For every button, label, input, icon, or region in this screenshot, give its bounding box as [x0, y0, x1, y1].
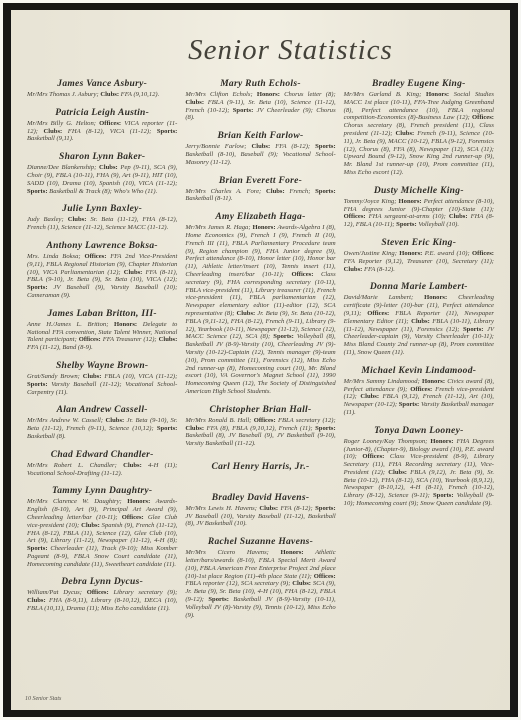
student-name: Debra Lynn Dycus-: [27, 577, 177, 588]
column-left: James Vance Asbury-Mr/Mrs Thomas J. Asbu…: [27, 79, 177, 622]
student-details: Mr/Mrs Sammy Lindamood; Honors: Civics a…: [344, 378, 494, 417]
student-entry: Patricia Leigh Austin-Mr/Mrs Billy G. He…: [27, 108, 177, 143]
student-details: Mr/Mrs Andrew W. Cassell; Clubs: Jr. Bet…: [27, 417, 177, 440]
student-details: Mr/Mrs Thomas J. Asbury; Clubs: FFA (9,1…: [27, 91, 177, 99]
student-name: Tammy Lynn Daughtry-: [27, 486, 177, 497]
student-entry: Michael Kevin Lindamood-Mr/Mrs Sammy Lin…: [344, 366, 494, 417]
page-number-footer: 10 Senior Stats: [25, 696, 61, 702]
student-details: Mr/Mrs Charles A. Fore; Clubs: French; S…: [185, 188, 335, 204]
student-details: William/Pat Dycus; Offices: Library secr…: [27, 589, 177, 612]
student-details: Anne H./James L. Britton; Honors: Delega…: [27, 321, 177, 352]
student-name: Amy Elizabeth Haga-: [185, 212, 335, 223]
student-entry: Carl Henry Harris, Jr.-: [185, 462, 335, 473]
student-name: Sharon Lynn Baker-: [27, 152, 177, 163]
student-entry: Steven Eric King-Owen/Justine King; Hono…: [344, 238, 494, 273]
student-details: Grat/Sandy Brown; Clubs: FBLA (10), VICA…: [27, 373, 177, 396]
student-entry: Tammy Lynn Daughtry-Mr/Mrs Clarence W. D…: [27, 486, 177, 568]
student-name: Brian Everett Fore-: [185, 176, 335, 187]
student-name: Rachel Suzanne Havens-: [185, 537, 335, 548]
student-name: James Vance Asbury-: [27, 79, 177, 90]
student-entry: Bradley Eugene King-Mr/Mrs Garland B. Ki…: [344, 79, 494, 177]
student-details: Mr/Mrs Garland B. King; Honors: Social S…: [344, 91, 494, 177]
student-name: Dusty Michelle King-: [344, 186, 494, 197]
student-name: Michael Kevin Lindamood-: [344, 366, 494, 377]
page-title: Senior Statistics: [57, 34, 510, 67]
student-entry: Sharon Lynn Baker-Dianne/Dee Blankenship…: [27, 152, 177, 195]
student-name: Brian Keith Farlow-: [185, 131, 335, 142]
student-name: Anthony Lawrence Boksa-: [27, 241, 177, 252]
student-entry: Debra Lynn Dycus-William/Pat Dycus; Offi…: [27, 577, 177, 612]
student-name: Alan Andrew Cassell-: [27, 405, 177, 416]
student-details: Owen/Justine King; Honors: P.E. award (1…: [344, 250, 494, 273]
student-name: Bradley Eugene King-: [344, 79, 494, 90]
student-details: Jerry/Bonnie Farlow; Clubs: FFA (8-12); …: [185, 143, 335, 166]
student-entry: James Laban Britton, III-Anne H./James L…: [27, 309, 177, 352]
student-details: Mr/Mrs Ronald B. Hall; Offices: FBLA sec…: [185, 417, 335, 448]
student-entry: Tonya Dawn Looney-Roger Looney/Kay Thomp…: [344, 426, 494, 508]
student-details: Mr/Mrs Lewis H. Havens; Clubs: FFA (8-12…: [185, 505, 335, 528]
student-details: Mr/Mrs Cicero Havens; Honors: Athletic l…: [185, 549, 335, 619]
student-details: Mr/Mrs Clarence W. Daughtry; Honors: Awa…: [27, 498, 177, 568]
student-entry: Dusty Michelle King-Tommy/Joyce King; Ho…: [344, 186, 494, 229]
column-right: Bradley Eugene King-Mr/Mrs Garland B. Ki…: [344, 79, 494, 517]
student-entry: Anthony Lawrence Boksa-Mrs. Linda Boksa;…: [27, 241, 177, 300]
student-entry: Rachel Suzanne Havens-Mr/Mrs Cicero Have…: [185, 537, 335, 619]
student-name: Steven Eric King-: [344, 238, 494, 249]
scan-border: Senior Statistics James Vance Asbury-Mr/…: [0, 0, 521, 720]
student-entry: Mary Ruth Echols-Mr/Mrs Clifton Echols; …: [185, 79, 335, 122]
student-name: Chad Edward Chandler-: [27, 450, 177, 461]
student-entry: James Vance Asbury-Mr/Mrs Thomas J. Asbu…: [27, 79, 177, 99]
student-name: Christopher Brian Hall-: [185, 405, 335, 416]
student-entry: Bradley David Havens-Mr/Mrs Lewis H. Hav…: [185, 493, 335, 528]
student-entry: Brian Everett Fore-Mr/Mrs Charles A. For…: [185, 176, 335, 204]
statistics-columns: James Vance Asbury-Mr/Mrs Thomas J. Asbu…: [27, 79, 494, 628]
student-name: Tonya Dawn Looney-: [344, 426, 494, 437]
student-entry: Chad Edward Chandler-Mr/Mrs Robert L. Ch…: [27, 450, 177, 478]
student-name: Donna Marie Lambert-: [344, 282, 494, 293]
student-entry: Shelby Wayne Brown-Grat/Sandy Brown; Clu…: [27, 361, 177, 396]
student-entry: Donna Marie Lambert-David/Marie Lambert;…: [344, 282, 494, 356]
student-details: Mr/Mrs Robert L. Chandler; Clubs: 4-H (1…: [27, 462, 177, 478]
student-entry: Alan Andrew Cassell-Mr/Mrs Andrew W. Cas…: [27, 405, 177, 440]
student-details: Mrs. Linda Boksa; Offices: FFA 2nd Vice-…: [27, 253, 177, 300]
student-details: Dianne/Dee Blankenship; Clubs: Pep (9-11…: [27, 164, 177, 195]
student-details: Tommy/Joyce King; Honors: Perfect attend…: [344, 198, 494, 229]
student-name: Carl Henry Harris, Jr.-: [185, 462, 335, 473]
student-details: Roger Looney/Kay Thompson; Honors: FHA D…: [344, 438, 494, 508]
yearbook-page: Senior Statistics James Vance Asbury-Mr/…: [11, 10, 510, 710]
student-name: Shelby Wayne Brown-: [27, 361, 177, 372]
student-entry: Christopher Brian Hall-Mr/Mrs Ronald B. …: [185, 405, 335, 448]
student-details: Mr/Mrs Clifton Echols; Honors: Chorus le…: [185, 91, 335, 122]
student-details: Mr/Mrs Billy G. Helton; Offices: VICA re…: [27, 120, 177, 143]
student-name: Patricia Leigh Austin-: [27, 108, 177, 119]
student-name: Mary Ruth Echols-: [185, 79, 335, 90]
column-middle: Mary Ruth Echols-Mr/Mrs Clifton Echols; …: [185, 79, 335, 628]
student-entry: Amy Elizabeth Haga-Mr/Mrs James R. Haga;…: [185, 212, 335, 396]
student-details: Judy Baxley; Clubs: Sr. Beta (11-12), FH…: [27, 216, 177, 232]
student-details: David/Marie Lambert; Honors: Cheerleadin…: [344, 294, 494, 356]
student-name: Julie Lynn Baxley-: [27, 204, 177, 215]
student-name: Bradley David Havens-: [185, 493, 335, 504]
student-details: Mr/Mrs James R. Haga; Honors: Awards-Alg…: [185, 224, 335, 396]
student-name: James Laban Britton, III-: [27, 309, 177, 320]
student-entry: Julie Lynn Baxley-Judy Baxley; Clubs: Sr…: [27, 204, 177, 232]
student-entry: Brian Keith Farlow-Jerry/Bonnie Farlow; …: [185, 131, 335, 166]
